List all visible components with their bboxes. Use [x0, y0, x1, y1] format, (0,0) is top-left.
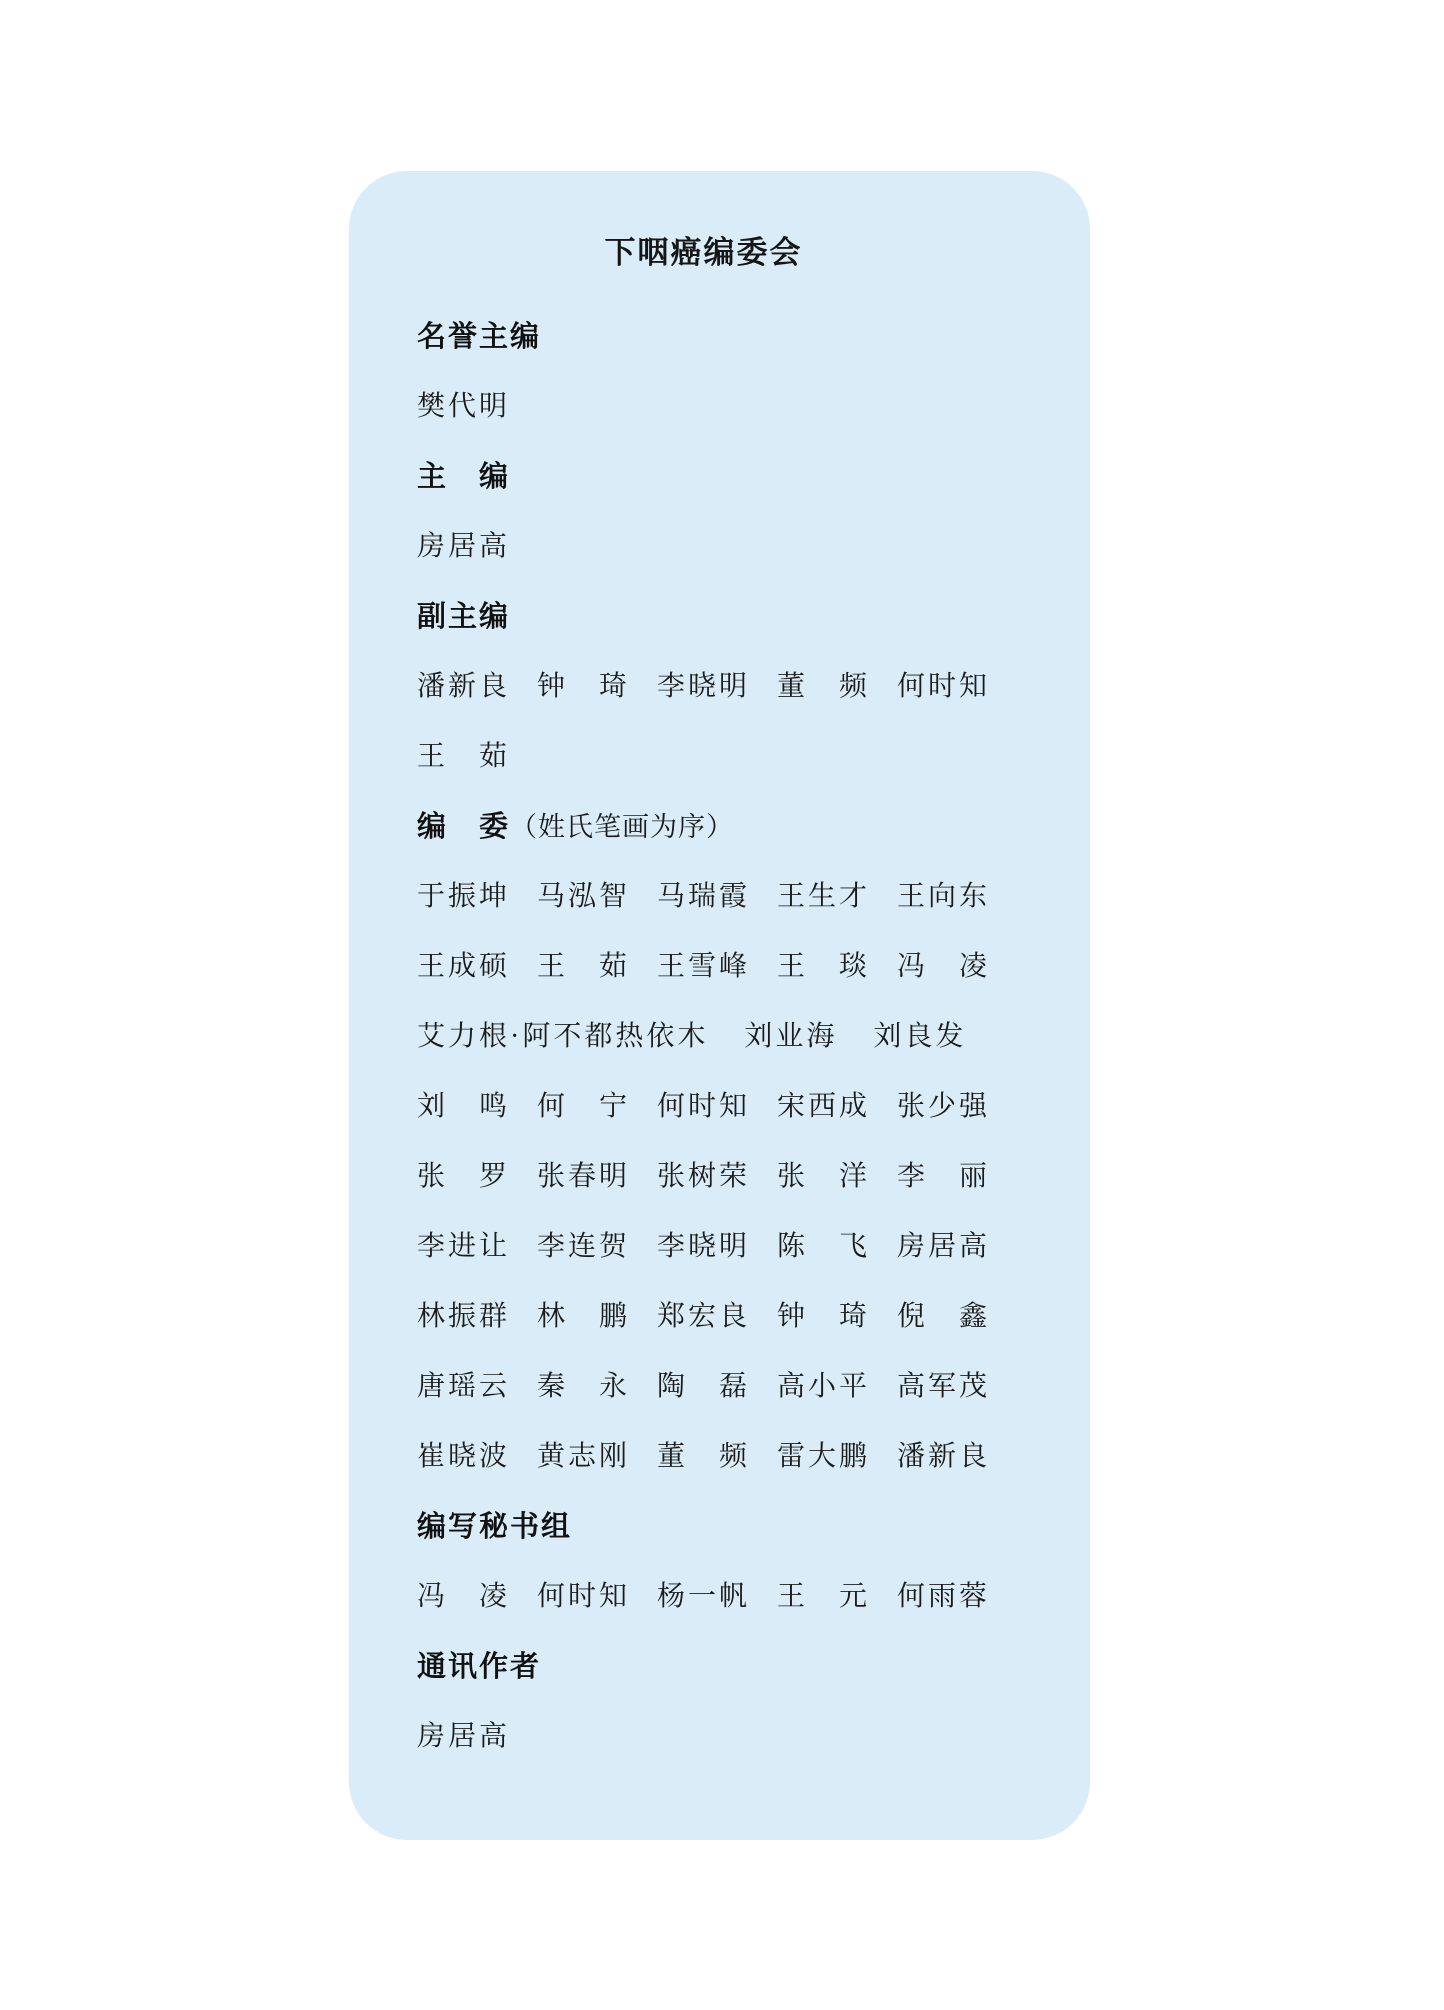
member-name: 房居高 [417, 1714, 510, 1754]
member-name: 冯 凌 [417, 1574, 510, 1614]
section-heading-line: 名誉主编 [417, 299, 990, 369]
member-name: 潘新良 [417, 664, 510, 704]
member-name: 王 琰 [777, 944, 870, 984]
member-name: 李进让 [417, 1224, 510, 1264]
member-row: 潘新良钟 琦李晓明董 频何时知 [417, 649, 990, 719]
member-name: 钟 琦 [777, 1294, 870, 1334]
member-name: 张 罗 [417, 1154, 510, 1194]
section-honorary-chief-editor: 名誉主编樊代明 [417, 299, 990, 439]
section-heading: 通讯作者 [417, 1644, 541, 1685]
member-name: 倪 鑫 [897, 1294, 990, 1334]
member-row: 崔晓波黄志刚董 频雷大鹏潘新良 [417, 1419, 990, 1489]
member-name: 崔晓波 [417, 1434, 510, 1474]
member-row: 唐瑶云秦 永陶 磊高小平高军茂 [417, 1349, 990, 1419]
member-name: 唐瑶云 [417, 1364, 510, 1404]
member-name: 马瑞霞 [657, 874, 750, 914]
section-heading: 编 委 [417, 804, 510, 845]
member-name: 张 洋 [777, 1154, 870, 1194]
member-name: 刘业海 [744, 1014, 837, 1054]
document-page: 下咽癌编委会 名誉主编樊代明主 编房居高副主编潘新良钟 琦李晓明董 频何时知王 … [0, 0, 1444, 2010]
member-name: 王生才 [777, 874, 870, 914]
member-name: 张少强 [897, 1084, 990, 1124]
board-sections: 名誉主编樊代明主 编房居高副主编潘新良钟 琦李晓明董 频何时知王 茹编 委（姓氏… [417, 299, 990, 1769]
member-name: 李晓明 [657, 664, 750, 704]
member-name: 王 茹 [417, 734, 510, 774]
section-heading-note: （姓氏笔画为序） [510, 805, 734, 844]
section-heading: 主 编 [417, 454, 510, 495]
member-name: 雷大鹏 [777, 1434, 870, 1474]
member-name: 黄志刚 [537, 1434, 630, 1474]
member-name: 李 丽 [897, 1154, 990, 1194]
section-corresponding-author: 通讯作者房居高 [417, 1629, 990, 1769]
member-name: 王雪峰 [657, 944, 750, 984]
member-name: 陈 飞 [777, 1224, 870, 1264]
section-deputy-chief-editors: 副主编潘新良钟 琦李晓明董 频何时知王 茹 [417, 579, 990, 789]
member-name: 林振群 [417, 1294, 510, 1334]
member-name: 刘良发 [873, 1014, 966, 1054]
member-name: 王成硕 [417, 944, 510, 984]
member-name: 刘 鸣 [417, 1084, 510, 1124]
member-name: 王向东 [897, 874, 990, 914]
section-heading: 编写秘书组 [417, 1504, 572, 1545]
member-name: 何 宁 [537, 1084, 630, 1124]
member-name: 王 茹 [537, 944, 630, 984]
member-row: 林振群林 鹏郑宏良钟 琦倪 鑫 [417, 1279, 990, 1349]
member-name: 钟 琦 [537, 664, 630, 704]
member-name: 郑宏良 [657, 1294, 750, 1334]
member-name: 于振坤 [417, 874, 510, 914]
section-chief-editor: 主 编房居高 [417, 439, 990, 579]
member-name: 董 频 [657, 1434, 750, 1474]
member-name: 冯 凌 [897, 944, 990, 984]
member-row: 房居高 [417, 1699, 990, 1769]
board-title: 下咽癌编委会 [417, 227, 990, 271]
member-row: 王 茹 [417, 719, 990, 789]
member-name: 何时知 [537, 1574, 630, 1614]
member-name: 何时知 [897, 664, 990, 704]
member-row: 王成硕王 茹王雪峰王 琰冯 凌 [417, 929, 990, 999]
member-name: 何雨蓉 [897, 1574, 990, 1614]
section-heading-line: 副主编 [417, 579, 990, 649]
section-heading: 副主编 [417, 594, 510, 635]
member-row: 李进让李连贺李晓明陈 飞房居高 [417, 1209, 990, 1279]
member-name: 房居高 [897, 1224, 990, 1264]
member-name: 张树荣 [657, 1154, 750, 1194]
member-name: 董 频 [777, 664, 870, 704]
section-heading-line: 编写秘书组 [417, 1489, 990, 1559]
member-name: 马泓智 [537, 874, 630, 914]
member-row: 于振坤马泓智马瑞霞王生才王向东 [417, 859, 990, 929]
member-name: 杨一帆 [657, 1574, 750, 1614]
member-name: 宋西成 [777, 1084, 870, 1124]
member-name: 陶 磊 [657, 1364, 750, 1404]
member-name: 张春明 [537, 1154, 630, 1194]
member-name: 秦 永 [537, 1364, 630, 1404]
member-name: 房居高 [417, 524, 510, 564]
member-row: 房居高 [417, 509, 990, 579]
member-row: 樊代明 [417, 369, 990, 439]
section-heading-line: 编 委（姓氏笔画为序） [417, 789, 990, 859]
section-heading-line: 通讯作者 [417, 1629, 990, 1699]
member-name: 王 元 [777, 1574, 870, 1614]
member-row: 冯 凌何时知杨一帆王 元何雨蓉 [417, 1559, 990, 1629]
member-name: 艾力根·阿不都热依木 [417, 1014, 708, 1054]
editorial-board-card: 下咽癌编委会 名誉主编樊代明主 编房居高副主编潘新良钟 琦李晓明董 频何时知王 … [349, 171, 1090, 1840]
member-row: 张 罗张春明张树荣张 洋李 丽 [417, 1139, 990, 1209]
member-name: 何时知 [657, 1084, 750, 1124]
member-name: 高军茂 [897, 1364, 990, 1404]
member-row: 艾力根·阿不都热依木刘业海刘良发 [417, 999, 990, 1069]
member-name: 高小平 [777, 1364, 870, 1404]
member-name: 樊代明 [417, 384, 510, 424]
section-heading: 名誉主编 [417, 314, 541, 355]
member-name: 潘新良 [897, 1434, 990, 1474]
member-name: 李晓明 [657, 1224, 750, 1264]
section-writing-secretary-group: 编写秘书组冯 凌何时知杨一帆王 元何雨蓉 [417, 1489, 990, 1629]
section-heading-line: 主 编 [417, 439, 990, 509]
member-name: 李连贺 [537, 1224, 630, 1264]
member-name: 林 鹏 [537, 1294, 630, 1334]
member-row: 刘 鸣何 宁何时知宋西成张少强 [417, 1069, 990, 1139]
section-editorial-board-members: 编 委（姓氏笔画为序）于振坤马泓智马瑞霞王生才王向东王成硕王 茹王雪峰王 琰冯 … [417, 789, 990, 1489]
